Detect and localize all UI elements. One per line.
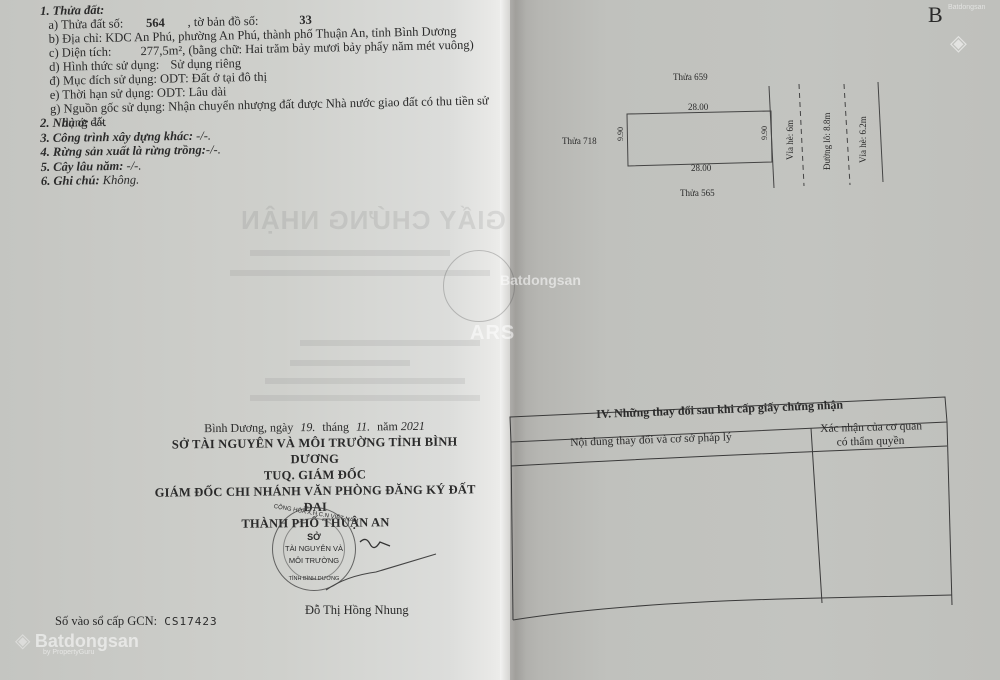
- month-value: 11.: [356, 419, 370, 433]
- place-date-label: Bình Dương, ngày: [204, 420, 293, 435]
- changes-col2-header: Xác nhận của cơ quan có thẩm quyền: [820, 419, 921, 450]
- sidewalk-1-label: Vỉa hè: 6m: [785, 120, 795, 160]
- signature-scribble: [320, 530, 450, 600]
- plot-outline: [627, 111, 772, 166]
- batdongsan-watermark: ◈ Batdongsan by PropertyGuru: [15, 628, 139, 656]
- item-value: -/-.: [196, 128, 211, 142]
- gcn-number: CS17423: [164, 615, 217, 628]
- road-label: Đường lô: 8.8m: [822, 113, 832, 170]
- col2-line1: Xác nhận của cơ quan: [820, 419, 920, 436]
- center-watermark-top: Batdongsan: [500, 272, 581, 288]
- sidewalk-edge-line: [878, 82, 883, 182]
- bleed-through-line: [300, 340, 480, 346]
- list-item: 4. Rừng sản xuất là rừng trồng:-/-.: [40, 143, 220, 160]
- bleed-through-line: [250, 250, 450, 256]
- other-items-list: 2. Nhà ở: -/-. 3. Công trình xây dựng kh…: [40, 113, 221, 188]
- item-label: 4. Rừng sản xuất là rừng trồng:: [40, 143, 206, 159]
- parcel-label: a) Thửa đất số:: [48, 16, 123, 31]
- map-label: , tờ bản đồ số:: [187, 14, 258, 29]
- month-label: tháng: [322, 420, 349, 434]
- right-width: 9.90: [760, 126, 769, 140]
- item-label: 6. Ghi chú:: [41, 174, 100, 189]
- bleed-through-line: [265, 378, 465, 384]
- road-edge-line: [799, 84, 804, 186]
- corner-watermark-icon: ◈: [950, 30, 967, 56]
- item-label: 5. Cây lâu năm:: [41, 159, 124, 174]
- bottom-length: 28.00: [691, 163, 711, 173]
- item-value: -/-.: [206, 143, 221, 157]
- item-value: Không.: [103, 173, 140, 188]
- top-length: 28.00: [688, 102, 708, 112]
- gcn-label: Số vào sổ cấp GCN:: [55, 614, 157, 628]
- left-width: 9.90: [616, 127, 625, 141]
- year-value: 2021: [401, 419, 425, 433]
- item-value: -/-.: [126, 158, 141, 172]
- corner-watermark-text: Batdongsan: [948, 4, 985, 11]
- west-neighbor: Thửa 718: [562, 136, 597, 146]
- address-label: b) Địa chỉ:: [49, 31, 103, 46]
- item-value: -/-.: [92, 115, 107, 129]
- term-value: ODT: Lâu dài: [157, 84, 227, 99]
- year-label: năm: [377, 419, 398, 433]
- sidewalk-2-label: Vỉa hè: 6.2m: [858, 116, 868, 163]
- land-plot-sketch: [540, 60, 900, 210]
- bleed-through-line: [250, 395, 480, 401]
- bleed-through-title: GIẤY CHỨNG NHẬN: [240, 205, 506, 236]
- issuing-org: SỞ TÀI NGUYÊN VÀ MÔI TRƯỜNG TỈNH BÌNH DƯ…: [150, 433, 480, 468]
- table-header-divider: [511, 446, 947, 466]
- area-label: c) Diện tích:: [49, 45, 112, 60]
- item-label: 3. Công trình xây dựng khác:: [40, 128, 193, 144]
- table-left-border: [511, 442, 513, 620]
- col2-line2: có thẩm quyền: [820, 433, 920, 450]
- north-neighbor: Thửa 659: [673, 72, 708, 82]
- batdongsan-logo-icon: ◈: [15, 630, 30, 652]
- south-neighbor: Thửa 565: [680, 188, 715, 198]
- area-value: 277,5m²,: [140, 43, 185, 58]
- page-marker: B: [928, 2, 943, 28]
- table-column-divider: [811, 428, 822, 603]
- parcel-number: 564: [126, 15, 184, 30]
- table-bottom-border: [513, 595, 952, 620]
- table-right-border: [947, 422, 952, 605]
- item-label: 2. Nhà ở:: [40, 115, 89, 130]
- lot-boundary-line: [769, 86, 774, 188]
- watermark-text: Batdongsan: [35, 631, 139, 651]
- signer-name: Đỗ Thị Hồng Nhung: [305, 603, 409, 618]
- center-watermark: ARS: [470, 322, 515, 345]
- road-edge-line: [844, 84, 850, 185]
- corner-watermark: Batdongsan: [948, 4, 985, 12]
- gcn-row: Số vào sổ cấp GCN: CS17423: [55, 614, 218, 629]
- land-info-section: 1. Thửa đất: a) Thửa đất số: 564 , tờ bả…: [40, 0, 481, 130]
- list-item: 6. Ghi chú: Không.: [41, 172, 221, 189]
- bleed-through-line: [290, 360, 410, 366]
- usage-form-value: Sử dụng riêng: [170, 56, 241, 71]
- day-value: 19.: [300, 420, 315, 434]
